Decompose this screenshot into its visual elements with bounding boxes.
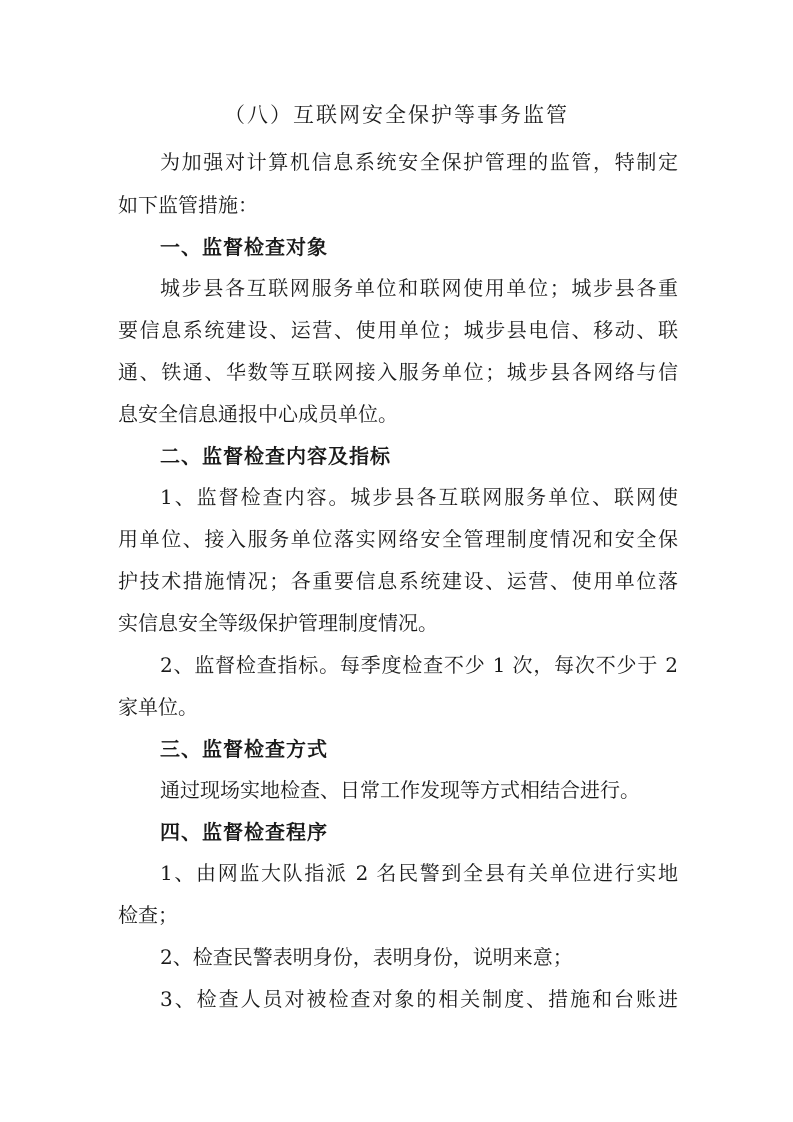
paragraph-line: 检查； (118, 900, 678, 930)
document-title: （八）互联网安全保护等事务监管 (0, 100, 793, 130)
paragraph-line: 城步县各互联网服务单位和联网使用单位；城步县各重 (160, 273, 678, 303)
paragraph-line: 实信息安全等级保护管理制度情况。 (118, 608, 678, 638)
paragraph-line: 息安全信息通报中心成员单位。 (118, 399, 678, 429)
section-heading: 三、监督检查方式 (160, 734, 328, 764)
section-heading: 二、监督检查内容及指标 (160, 441, 391, 471)
intro-line: 如下监管措施： (118, 190, 678, 220)
section-heading: 一、监督检查对象 (160, 232, 328, 262)
section-heading: 四、监督检查程序 (160, 817, 328, 847)
paragraph-line: 通、铁通、华数等互联网接入服务单位；城步县各网络与信 (118, 357, 678, 387)
document-page: （八）互联网安全保护等事务监管 为加强对计算机信息系统安全保护管理的监管，特制定… (0, 0, 793, 1122)
paragraph-line: 2、监督检查指标。每季度检查不少 1 次，每次不少于 2 (160, 650, 678, 680)
paragraph-line: 3、检查人员对被检查对象的相关制度、措施和台账进 (160, 984, 678, 1014)
paragraph-line: 护技术措施情况；各重要信息系统建设、运营、使用单位落 (118, 566, 678, 596)
paragraph-line: 1、由网监大队指派 2 名民警到全县有关单位进行实地 (160, 858, 678, 888)
paragraph-line: 通过现场实地检查、日常工作发现等方式相结合进行。 (160, 775, 678, 805)
paragraph-line: 家单位。 (118, 692, 678, 722)
intro-line: 为加强对计算机信息系统安全保护管理的监管，特制定 (160, 147, 678, 177)
paragraph-line: 2、检查民警表明身份，表明身份，说明来意； (160, 942, 678, 972)
paragraph-line: 要信息系统建设、运营、使用单位；城步县电信、移动、联 (118, 315, 678, 345)
paragraph-line: 1、监督检查内容。城步县各互联网服务单位、联网使 (160, 482, 678, 512)
paragraph-line: 用单位、接入服务单位落实网络安全管理制度情况和安全保 (118, 524, 678, 554)
